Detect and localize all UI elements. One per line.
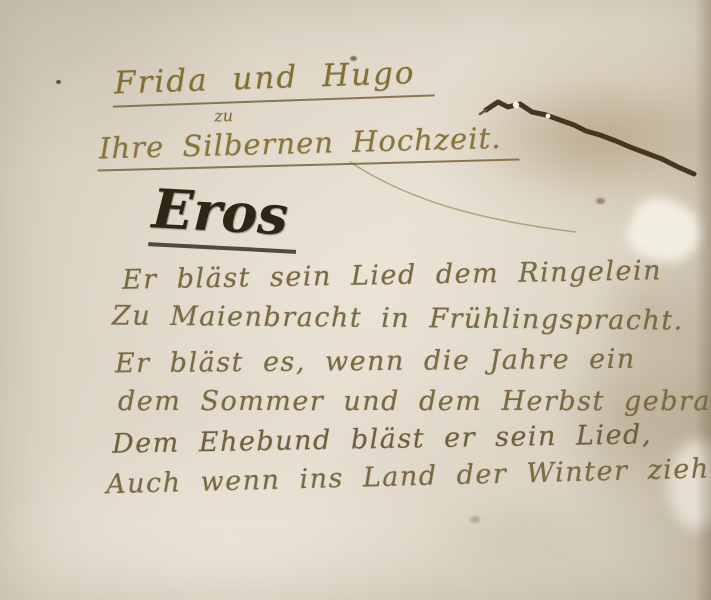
poem-line-4: dem Sommer und dem Herbst gebracht.	[118, 386, 711, 417]
heading-occasion: zu Ihre Silbernen Hochzeit.	[97, 120, 520, 165]
poem-title-text: Eros	[148, 176, 299, 254]
ink-speck	[470, 516, 480, 523]
paper-stain	[430, 490, 610, 580]
heading-names-text: Frida und Hugo	[111, 54, 434, 107]
inserted-word: zu	[214, 106, 233, 125]
poem-line-2: Zu Maienbracht in Frühlingspracht.	[112, 301, 684, 337]
poem-title: Eros	[148, 176, 299, 248]
ink-speck	[596, 198, 605, 204]
heading-names: Frida und Hugo	[111, 54, 434, 101]
manuscript-photo: Frida und Hugo zu Ihre Silbernen Hochzei…	[0, 0, 711, 600]
poem-line-5: Dem Ehebund bläst er sein Lied,	[112, 419, 652, 459]
heading-occasion-prefix: Ihre	[99, 130, 165, 166]
ink-speck	[56, 80, 61, 84]
poem-line-3: Er bläst es, wenn die Jahre ein	[115, 344, 636, 380]
poem-line-6: Auch wenn ins Land der Winter zieht.	[106, 453, 711, 500]
poem-line-1: Er bläst sein Lied dem Ringelein	[122, 255, 663, 295]
pen-flourish	[348, 158, 583, 250]
heading-occasion-rest: Silbernen Hochzeit.	[182, 121, 502, 163]
